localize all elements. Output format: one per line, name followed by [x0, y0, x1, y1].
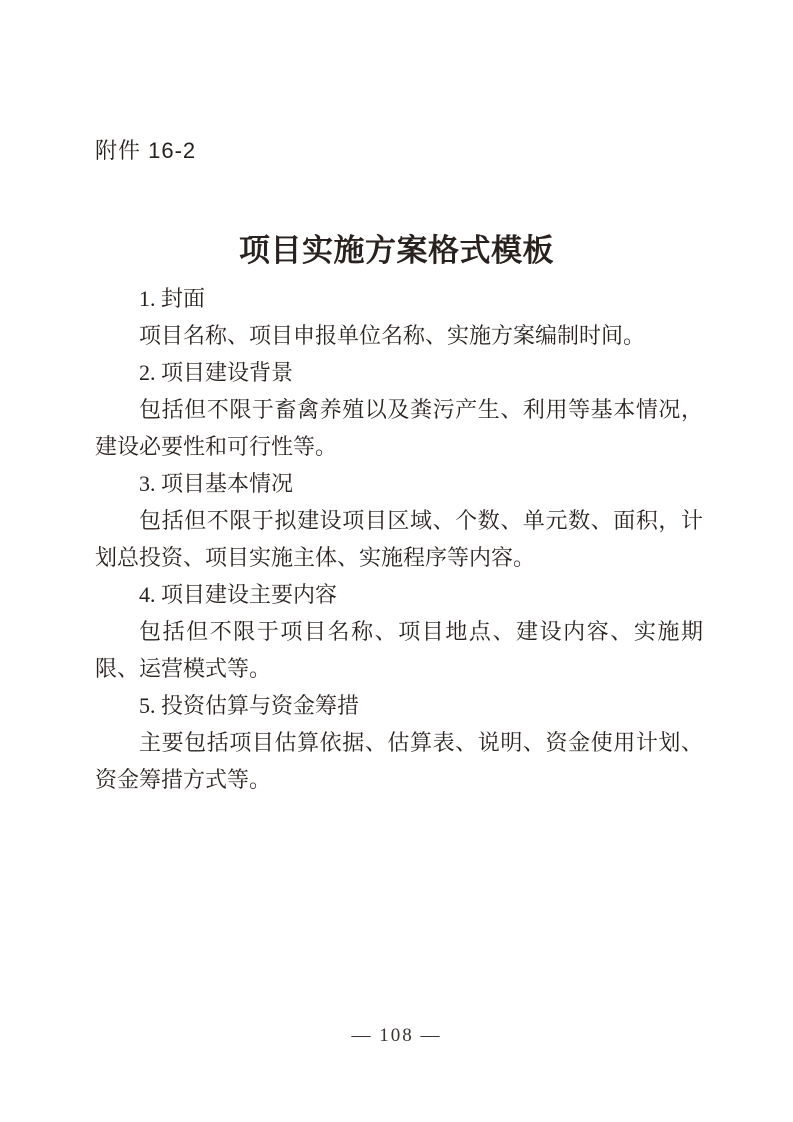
body-paragraph: 包括但不限于畜禽养殖以及粪污产生、利用等基本情况，建设必要性和可行性等。 [95, 391, 703, 465]
body-paragraph: 3. 项目基本情况 [95, 465, 703, 502]
page-title: 项目实施方案格式模板 [0, 225, 793, 270]
body-paragraph: 项目名称、项目申报单位名称、实施方案编制时间。 [95, 317, 703, 354]
page-number: — 108 — [0, 1025, 793, 1047]
document-page: 附件 16-2 项目实施方案格式模板 1. 封面 项目名称、项目申报单位名称、实… [0, 0, 793, 1122]
body-paragraph: 2. 项目建设背景 [95, 354, 703, 391]
body-paragraph: 主要包括项目估算依据、估算表、说明、资金使用计划、资金筹措方式等。 [95, 724, 703, 798]
body-paragraph: 5. 投资估算与资金筹措 [95, 687, 703, 724]
body-paragraph: 1. 封面 [95, 280, 703, 317]
attachment-label: 附件 16-2 [95, 134, 196, 165]
body-paragraph: 4. 项目建设主要内容 [95, 576, 703, 613]
body-paragraph: 包括但不限于拟建设项目区域、个数、单元数、面积，计划总投资、项目实施主体、实施程… [95, 502, 703, 576]
document-body: 1. 封面 项目名称、项目申报单位名称、实施方案编制时间。 2. 项目建设背景 … [95, 280, 703, 798]
body-paragraph: 包括但不限于项目名称、项目地点、建设内容、实施期限、运营模式等。 [95, 613, 703, 687]
